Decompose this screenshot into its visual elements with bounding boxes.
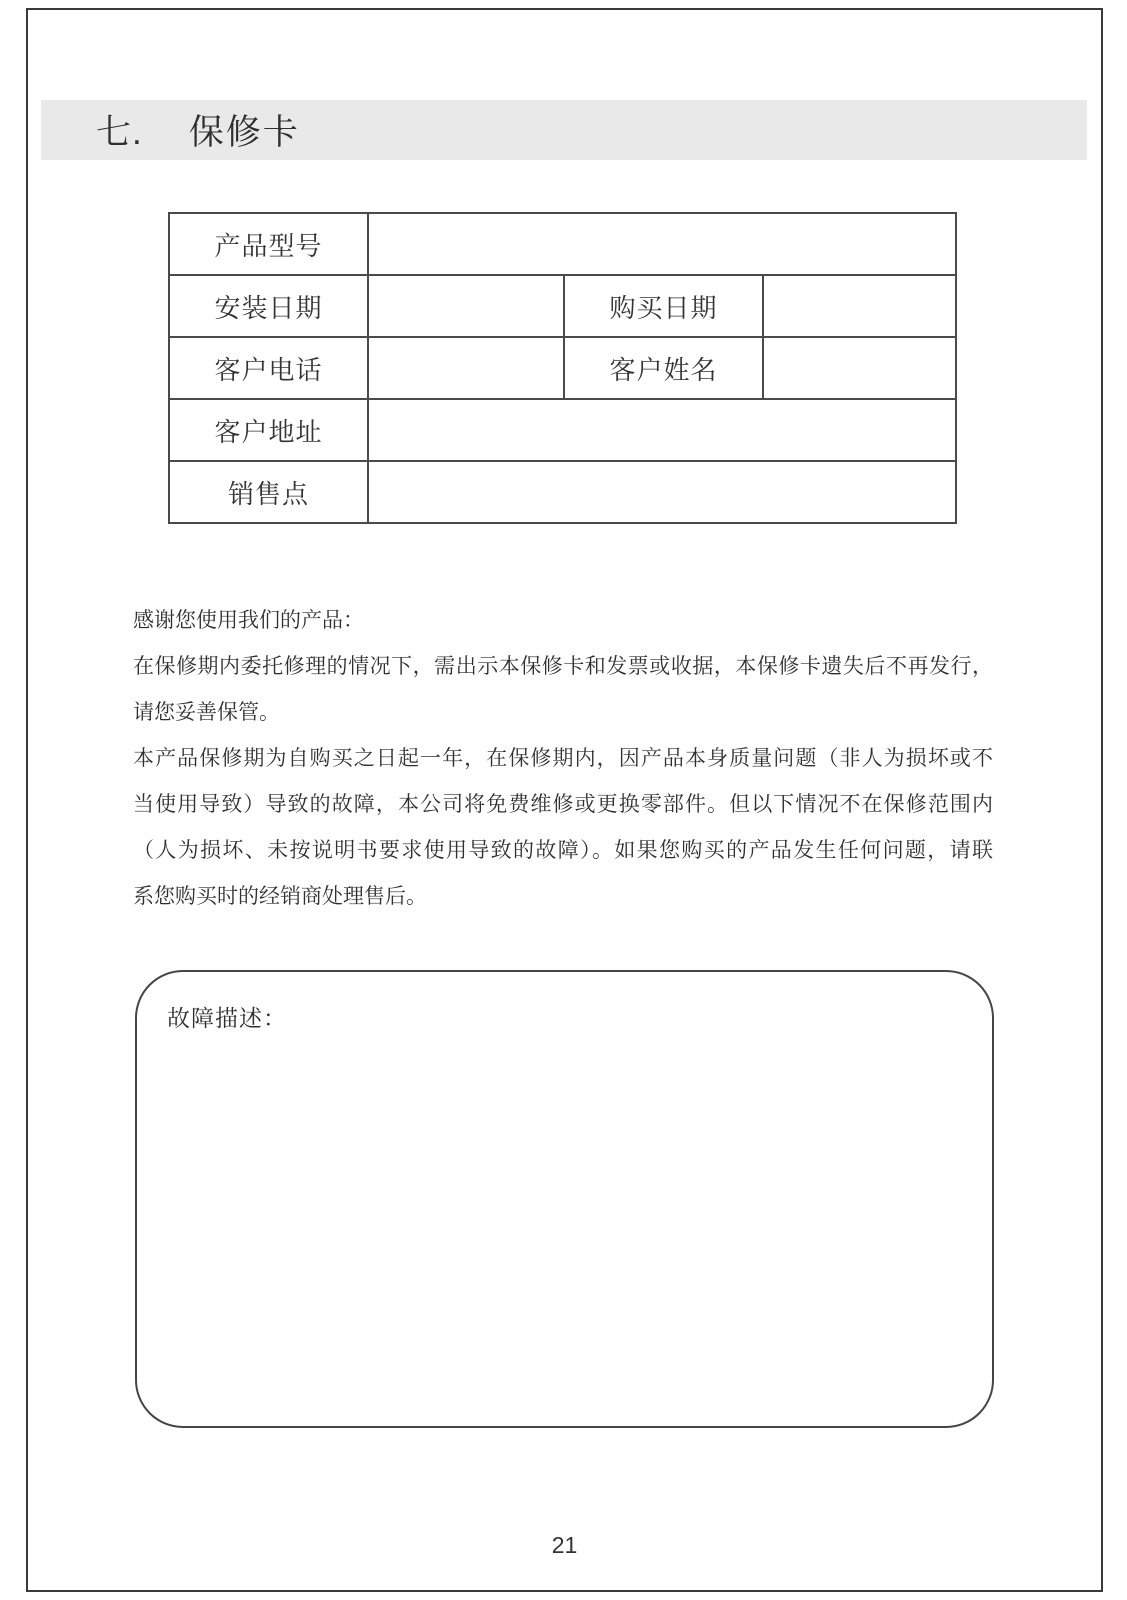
table-row-product-model: 产品型号 bbox=[169, 213, 956, 275]
manual-page: 七. 保修卡 产品型号 安装日期 购买日期 客户电话 客户姓名 bbox=[0, 0, 1127, 1600]
section-header: 七. 保修卡 bbox=[41, 100, 1087, 160]
terms-line: 本产品保修期为自购买之日起一年，在保修期内，因产品本身质量问题（非人为损坏或不 bbox=[133, 736, 993, 782]
section-number: 七. bbox=[96, 105, 143, 155]
customer-phone-value-cell bbox=[368, 337, 564, 399]
terms-line: 在保修期内委托修理的情况下，需出示本保修卡和发票或收据，本保修卡遗失后不再发行， bbox=[133, 644, 993, 690]
warranty-info-table: 产品型号 安装日期 购买日期 客户电话 客户姓名 客户地址 销售点 bbox=[168, 212, 957, 524]
sales-point-value-cell bbox=[368, 461, 956, 523]
terms-line: 当使用导致）导致的故障，本公司将免费维修或更换零部件。但以下情况不在保修范围内 bbox=[133, 782, 993, 828]
terms-line: （人为损坏、未按说明书要求使用导致的故障）。如果您购买的产品发生任何问题，请联 bbox=[133, 828, 993, 874]
purchase-date-label: 购买日期 bbox=[564, 275, 763, 337]
install-date-value-cell bbox=[368, 275, 564, 337]
product-model-value-cell bbox=[368, 213, 956, 275]
fault-description-box: 故障描述： bbox=[135, 970, 994, 1428]
terms-line: 系您购买时的经销商处理售后。 bbox=[133, 874, 993, 920]
customer-name-value-cell bbox=[763, 337, 956, 399]
section-title: 保修卡 bbox=[189, 105, 300, 155]
table-row-sales-point: 销售点 bbox=[169, 461, 956, 523]
terms-line: 感谢您使用我们的产品： bbox=[133, 598, 993, 644]
terms-line: 请您妥善保管。 bbox=[133, 690, 993, 736]
table-row-customer-address: 客户地址 bbox=[169, 399, 956, 461]
customer-name-label: 客户姓名 bbox=[564, 337, 763, 399]
customer-address-label: 客户地址 bbox=[169, 399, 368, 461]
table-row-dates: 安装日期 购买日期 bbox=[169, 275, 956, 337]
install-date-label: 安装日期 bbox=[169, 275, 368, 337]
product-model-label: 产品型号 bbox=[169, 213, 368, 275]
fault-description-label: 故障描述： bbox=[167, 1000, 287, 1033]
warranty-terms: 感谢您使用我们的产品： 在保修期内委托修理的情况下，需出示本保修卡和发票或收据，… bbox=[133, 598, 993, 920]
sales-point-label: 销售点 bbox=[169, 461, 368, 523]
customer-address-value-cell bbox=[368, 399, 956, 461]
page-number: 21 bbox=[26, 1532, 1103, 1559]
purchase-date-value-cell bbox=[763, 275, 956, 337]
table-row-customer-contact: 客户电话 客户姓名 bbox=[169, 337, 956, 399]
customer-phone-label: 客户电话 bbox=[169, 337, 368, 399]
